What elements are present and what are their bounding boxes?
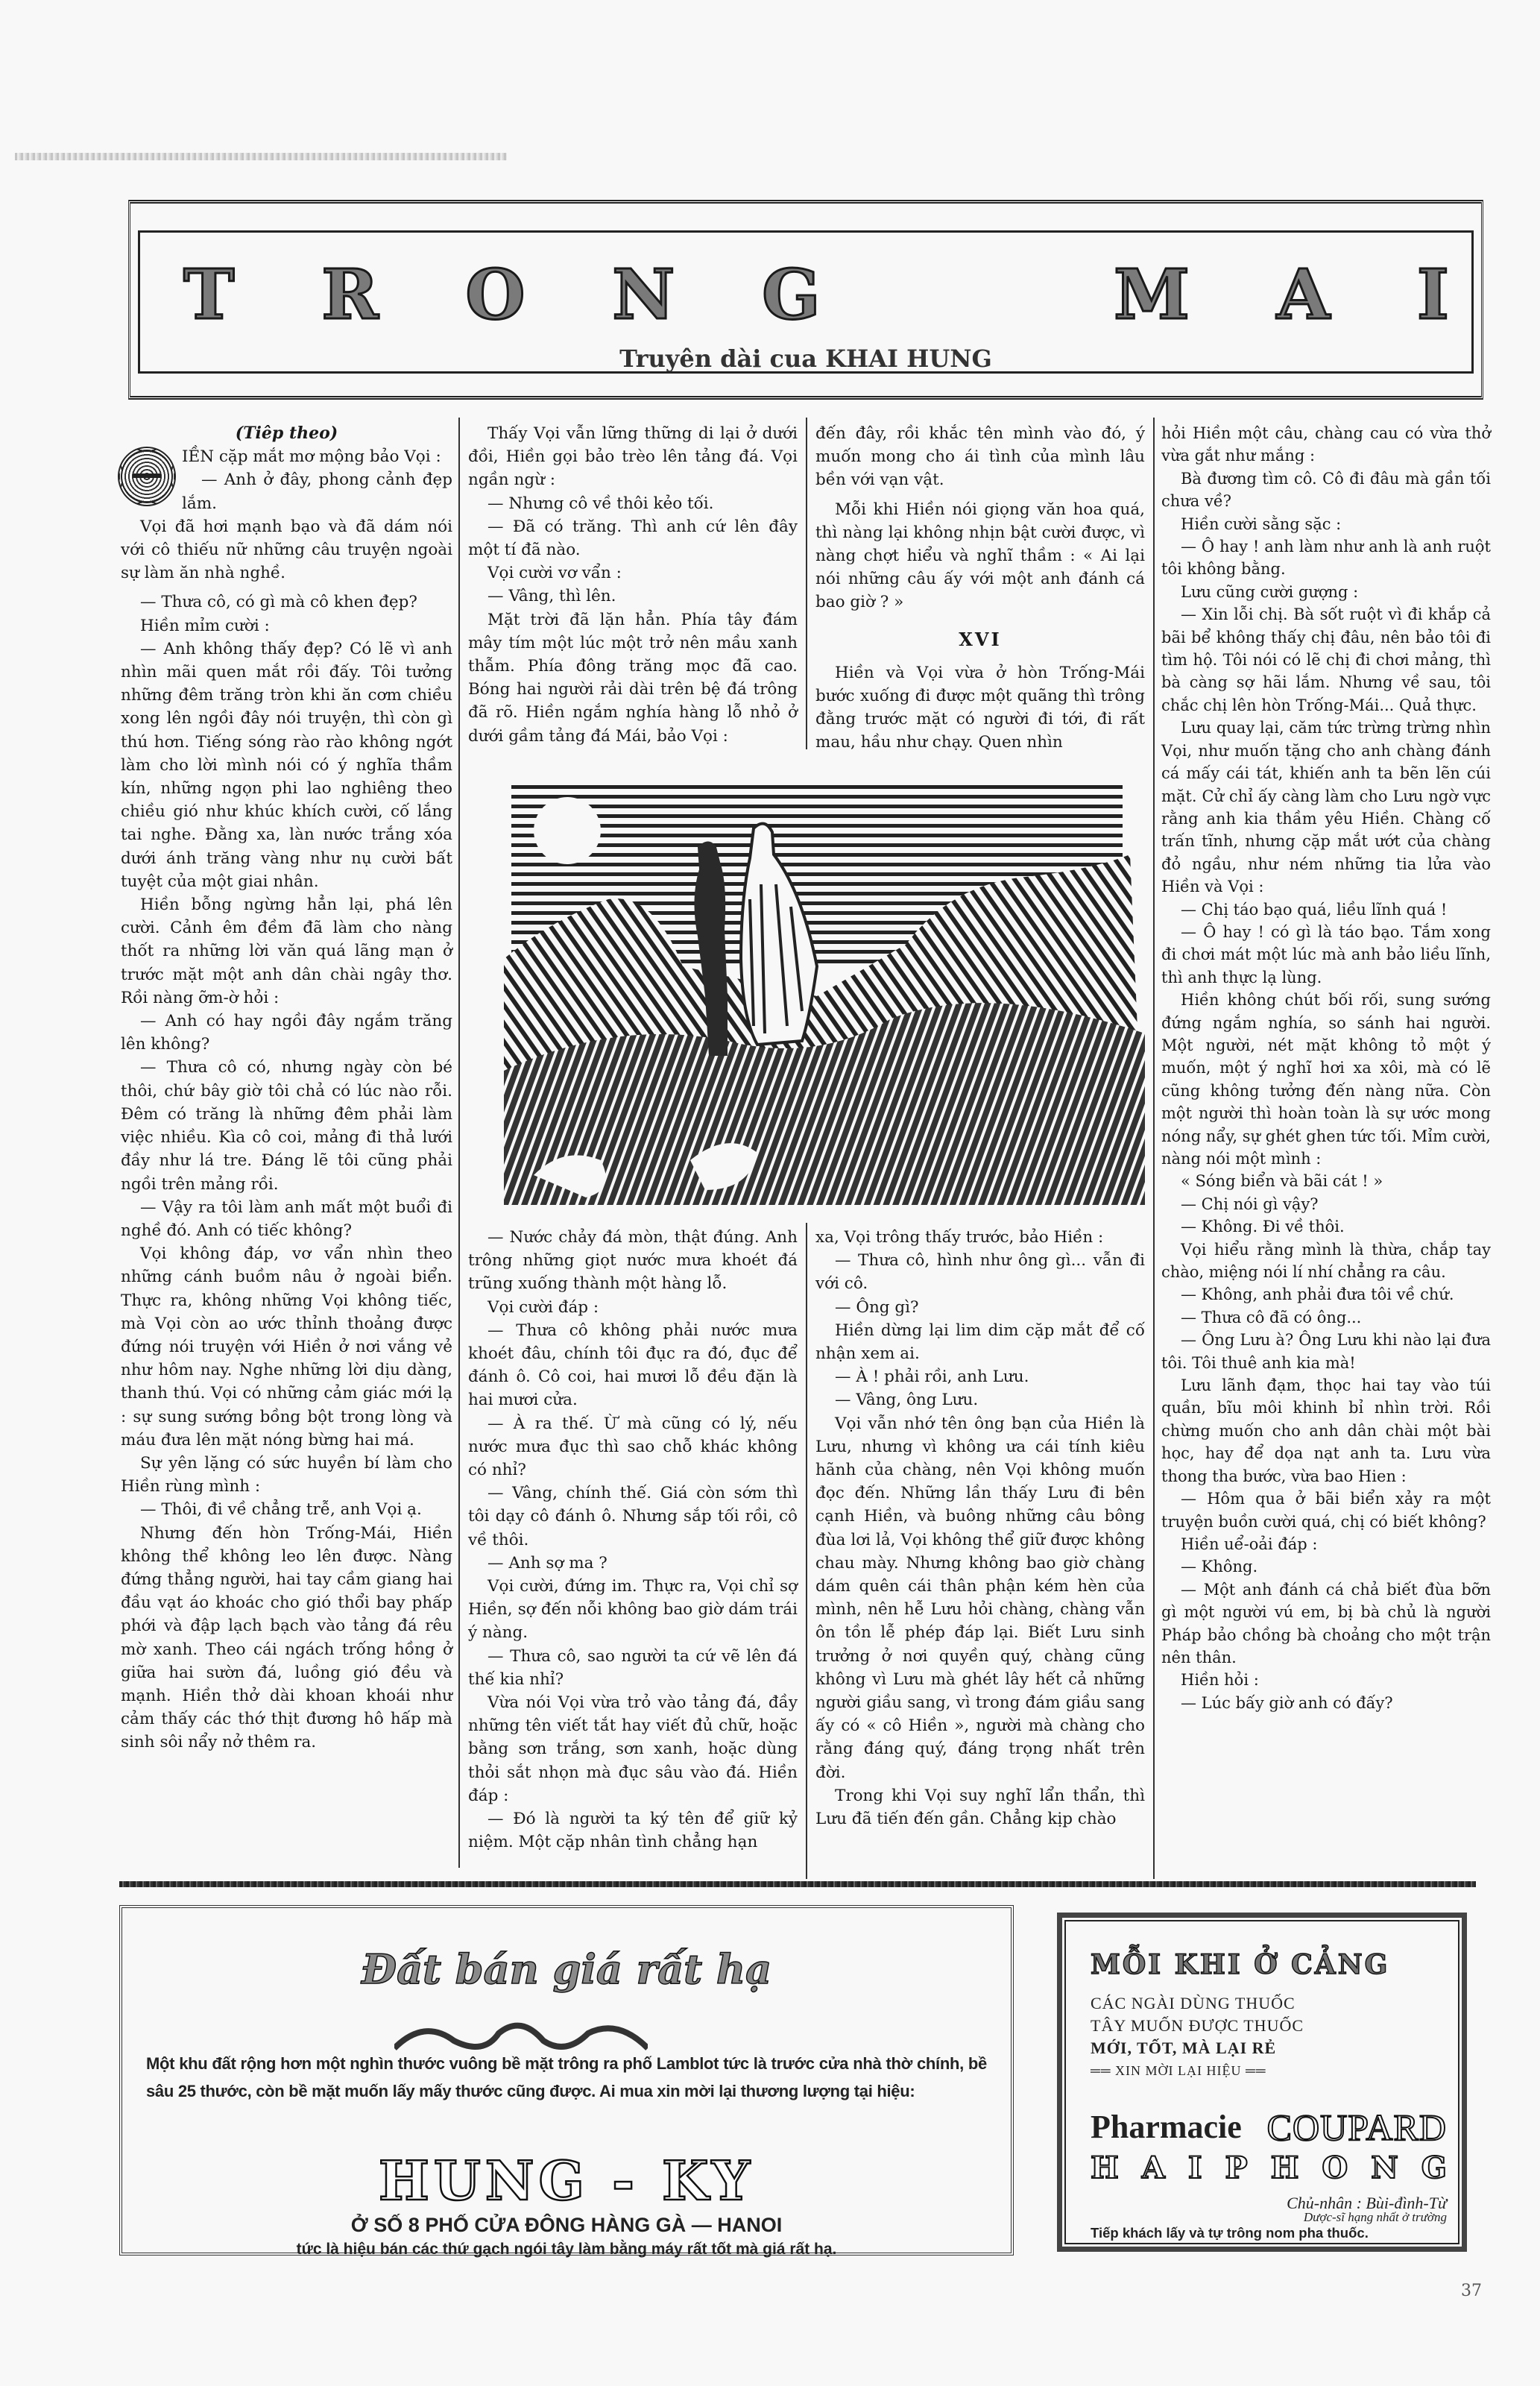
paragraph: — Đã có trăng. Thì anh cứ lên đây một tí… — [468, 515, 798, 561]
paragraph: Lưu lãnh đạm, thọc hai tay vào túi quần,… — [1161, 1374, 1491, 1488]
title-frame: T R O N G M A I Truyên dài cua KHAI HUNG — [128, 200, 1483, 400]
paragraph: — Vâng, thì lên. — [468, 585, 798, 608]
paragraph: xa, Vọi trông thấy trước, bảo Hiền : — [815, 1226, 1145, 1249]
paragraph: — Vâng, chính thế. Giá còn sớm thì tôi d… — [468, 1482, 798, 1552]
paragraph: — Một anh đánh cá chả biết đùa bỡn gì mộ… — [1161, 1578, 1491, 1669]
paragraph: Vừa nói Vọi vừa trỏ vào tảng đá, đầy nhữ… — [468, 1691, 798, 1807]
dropcap-ornament-icon — [118, 447, 176, 506]
pharmacy-city: H A I P H O N G — [1091, 2150, 1447, 2185]
paragraph: Hiền bỗng ngừng hẳn lại, phá lên cười. C… — [121, 893, 452, 1010]
paragraph: — Thôi, đi về chẳng trễ, anh Vọi ạ. — [121, 1498, 452, 1521]
paragraph: Mặt trời đã lặn hẳn. Phía tây đám mây tí… — [468, 608, 798, 748]
paragraph: Vọi cười đáp : — [468, 1296, 798, 1319]
article-column-3-bottom: xa, Vọi trông thấy trước, bảo Hiền : — T… — [815, 1226, 1145, 1831]
ad-footer: tức là hiệu bán các thứ gạch ngói tây là… — [122, 2241, 1011, 2258]
paragraph: — Ông Lưu à? Ông Lưu khi nào lại đưa tôi… — [1161, 1329, 1491, 1374]
paragraph: — Ông gì? — [815, 1296, 1145, 1319]
paragraph: — Anh sợ ma ? — [468, 1552, 798, 1575]
paragraph: — Lúc bấy giờ anh có đấy? — [1161, 1692, 1491, 1714]
land-sale-advertisement: Đất bán giá rất hạ Một khu đất rộng hơn … — [119, 1905, 1014, 2256]
column-rule — [806, 418, 807, 749]
paragraph: Thấy Vọi vẫn lững thững di lại ở dưới đồ… — [468, 422, 798, 492]
paragraph: Sự yên lặng có sức huyền bí làm cho Hiền… — [121, 1452, 452, 1498]
page-number: 37 — [1461, 2282, 1482, 2300]
paragraph: — Vậy ra tôi làm anh mất một buổi đi ngh… — [121, 1196, 452, 1242]
paragraph: Vọi đã hơi mạnh bạo và đã dám nói với cô… — [121, 515, 452, 585]
ad-address: Ở SỐ 8 PHỐ CỬA ĐÔNG HÀNG GÀ — HANOI — [122, 2214, 1011, 2237]
article-column-2-top: Thấy Vọi vẫn lững thững di lại ở dưới đồ… — [468, 422, 798, 748]
paragraph: Hiền uể-oải đáp : — [1161, 1533, 1491, 1555]
paragraph: Nhưng đến hòn Trống-Mái, Hiền không thể … — [121, 1522, 452, 1754]
column-rule — [458, 418, 460, 1868]
story-subtitle: Truyên dài cua KHAI HUNG — [140, 344, 1471, 373]
paragraph: Vọi không đáp, vơ vẩn nhìn theo những cá… — [121, 1242, 452, 1452]
paragraph: Bà đương tìm cô. Cô đi đâu mà gần tối ch… — [1161, 468, 1491, 513]
ad-brand-name: HUNG - KY — [122, 2154, 1011, 2208]
ad-line: TÂY MUỐN ĐƯỢC THUỐC — [1091, 2016, 1304, 2036]
paragraph: Trong khi Vọi suy nghĩ lẩn thẩn, thì Lưu… — [815, 1784, 1145, 1831]
ad-body: Một khu đất rộng hơn một nghìn thước vuô… — [146, 2050, 987, 2105]
paragraph: — Không. Đi về thôi. — [1161, 1215, 1491, 1238]
paragraph: — Ô hay ! có gì là táo bạo. Tắm xong đi … — [1161, 921, 1491, 989]
paragraph: Hiền không chút bối rối, sung sướng đứng… — [1161, 989, 1491, 1170]
story-title: T R O N G M A I — [140, 261, 1471, 328]
pharmacy-brand: COUPARD — [1267, 2106, 1447, 2149]
moonlit-figures-image — [504, 772, 1145, 1205]
paragraph: Hiền dừng lại lim dim cặp mắt để cố nhận… — [815, 1319, 1145, 1365]
woodcut-illustration — [504, 772, 1145, 1205]
paragraph: — Không. — [1161, 1555, 1491, 1578]
pharmacy-footer: Tiếp khách lấy và tự trông nom pha thuốc… — [1091, 2225, 1447, 2241]
paragraph: — Xin lỗi chị. Bà sốt ruột vì đi khắp cả… — [1161, 603, 1491, 717]
paragraph: hỏi Hiền một câu, chàng cau có vừa thở v… — [1161, 422, 1491, 468]
paragraph: — Chị táo bạo quá, liều lĩnh quá ! — [1161, 898, 1491, 921]
paragraph: — Ô hay ! anh làm như anh là anh ruột tô… — [1161, 535, 1491, 581]
paragraph: Lưu quay lại, căm tức trừng trừng nhìn V… — [1161, 717, 1491, 898]
scan-artifact — [15, 153, 507, 160]
paragraph: Mỗi khi Hiền nói giọng văn hoa quá, thì … — [815, 498, 1145, 614]
paragraph: Hiền cười sằng sặc : — [1161, 513, 1491, 535]
paragraph: — Thưa cô đã có ông... — [1161, 1306, 1491, 1329]
paragraph: — À ra thế. Ừ mà cũng có lý, nếu nước mư… — [468, 1412, 798, 1482]
title-inner-frame: T R O N G M A I Truyên dài cua KHAI HUNG — [138, 230, 1474, 374]
paragraph: — Thưa cô, hình như ông gì... vẫn đi với… — [815, 1249, 1145, 1295]
paragraph: Vọi hiểu rằng mình là thừa, chắp tay chà… — [1161, 1238, 1491, 1284]
paragraph: Hiền và Vọi vừa ở hòn Trống-Mái bước xuố… — [815, 661, 1145, 755]
paragraph: — Đó là người ta ký tên để giữ kỷ niệm. … — [468, 1807, 798, 1854]
article-column-3-top: đến đây, rồi khắc tên mình vào đó, ý muố… — [815, 422, 1145, 755]
section-divider — [119, 1881, 1476, 1887]
paragraph: Hiền mỉm cười : — [121, 614, 452, 638]
paragraph: — Nước chảy đá mòn, thật đúng. Anh trông… — [468, 1226, 798, 1296]
article-column-2-bottom: — Nước chảy đá mòn, thật đúng. Anh trông… — [468, 1226, 798, 1854]
paragraph: — Hôm qua ở bãi biển xảy ra một truyện b… — [1161, 1488, 1491, 1533]
paragraph: — Thưa cô không phải nước mưa khoét đâu,… — [468, 1319, 798, 1412]
article-column-1: (Tiêp theo) IỀN cặp mắt mơ mộng bảo Vọi … — [121, 422, 452, 1754]
paragraph: Hiền hỏi : — [1161, 1669, 1491, 1691]
paragraph: — À ! phải rồi, anh Lưu. — [815, 1365, 1145, 1388]
pharmacy-name: Pharmacie — [1091, 2108, 1242, 2146]
paragraph: Vọi cười vơ vẩn : — [468, 561, 798, 585]
pharmacy-degree: Dược-sĩ hạng nhất ở trường — [1304, 2210, 1447, 2225]
paragraph: — Không, anh phải đưa tôi về chứ. — [1161, 1283, 1491, 1306]
paragraph: « Sóng biển và bãi cát ! » — [1161, 1170, 1491, 1192]
ad-line: CÁC NGÀI DÙNG THUỐC — [1091, 1994, 1296, 2013]
paragraph: — Anh có hay ngồi đây ngắm trăng lên khô… — [121, 1010, 452, 1056]
column-rule — [1153, 418, 1155, 1879]
ad-headline: Đất bán giá rất hạ — [122, 1945, 1011, 1993]
paragraph: — Thưa cô có, nhưng ngày còn bé thôi, ch… — [121, 1056, 452, 1195]
ad-headline: MỖI KHI Ở CẢNG — [1091, 1949, 1389, 1980]
column-rule — [806, 1223, 807, 1879]
paragraph: — Anh không thấy đẹp? Có lẽ vì anh nhìn … — [121, 638, 452, 893]
paragraph: Vọi vẫn nhớ tên ông bạn của Hiền là Lưu,… — [815, 1412, 1145, 1784]
paragraph: — Thưa cô, có gì mà cô khen đẹp? — [121, 591, 452, 614]
paragraph: — Thưa cô, sao người ta cứ vẽ lên đá thế… — [468, 1645, 798, 1691]
paragraph: — Nhưng cô về thôi kẻo tối. — [468, 492, 798, 515]
ad-line: ══ XIN MỜI LẠI HIỆU ══ — [1091, 2063, 1266, 2079]
chapter-heading: XVI — [815, 628, 1145, 651]
pharmacy-advertisement: MỖI KHI Ở CẢNG CÁC NGÀI DÙNG THUỐC TÂY M… — [1057, 1913, 1467, 2252]
article-column-4: hỏi Hiền một câu, chàng cau có vừa thở v… — [1161, 422, 1491, 1714]
paragraph: Lưu cũng cười gượng : — [1161, 581, 1491, 603]
paragraph: — Vâng, ông Lưu. — [815, 1388, 1145, 1411]
ad-line: MỚI, TỐT, MÀ LẠI RẺ — [1091, 2039, 1276, 2058]
paragraph: đến đây, rồi khắc tên mình vào đó, ý muố… — [815, 422, 1145, 492]
paragraph: Vọi cười, đứng im. Thực ra, Vọi chỉ sợ H… — [468, 1575, 798, 1645]
paragraph: — Chị nói gì vậy? — [1161, 1193, 1491, 1215]
continued-label: (Tiêp theo) — [121, 422, 452, 445]
